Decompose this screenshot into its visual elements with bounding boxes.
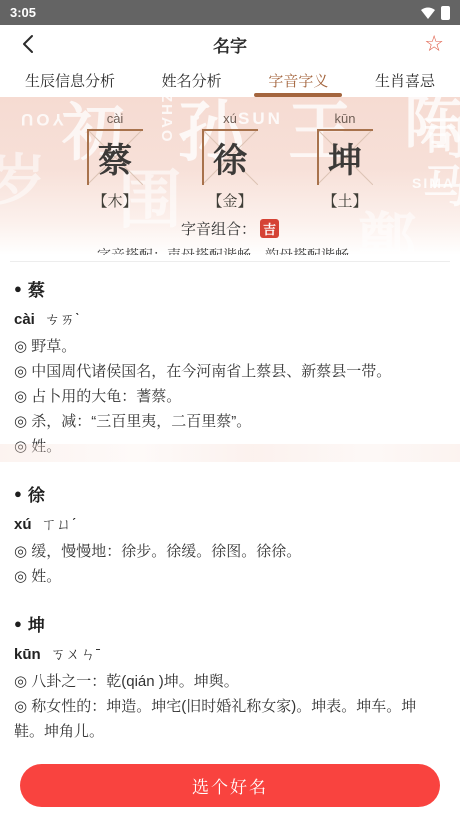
tab-zodiac-preferences[interactable]: 生肖喜忌 — [375, 63, 435, 97]
card-pinyin: kūn — [335, 111, 356, 128]
section-pronunciation: xúㄒㄩˊ — [14, 513, 446, 534]
watermark-text: 岁 — [0, 137, 46, 217]
name-card-given-1: xú 徐 【金】 — [173, 111, 288, 211]
card-element-wuxing: 【金】 — [207, 190, 252, 211]
character-grid: 徐 — [202, 129, 258, 185]
definition-line: ◎ 占卜用的大龟：蓍蔡。 — [14, 384, 446, 409]
pinyin: cài — [14, 311, 35, 328]
zhuyin: ㄎㄨㄣˉ — [51, 646, 101, 663]
zhuyin: ㄘㄞˋ — [45, 311, 80, 328]
card-pinyin: cài — [107, 111, 124, 128]
section-header: ● 坤 — [14, 611, 446, 636]
phonetic-match-text: 字音搭配：声母搭配谐畅。韵母搭配谐畅。 — [0, 245, 460, 255]
tab-name-analysis[interactable]: 姓名分析 — [162, 63, 222, 97]
dict-section-kun: ● 坤 kūnㄎㄨㄣˉ ◎ 八卦之一：乾(qián )坤。坤舆。 ◎ 称女性的：… — [14, 611, 446, 744]
name-card-surname: cài 蔡 【木】 — [58, 111, 173, 211]
card-pinyin: xú — [223, 111, 237, 128]
status-time: 3:05 — [10, 5, 36, 20]
card-character: 蔡 — [87, 129, 143, 185]
definition-line: ◎ 称女性的：坤造。坤宅(旧时婚礼称女家)。坤表。坤车。坤鞋。坤角儿。 — [14, 694, 446, 744]
pinyin: xú — [14, 516, 32, 533]
card-character: 徐 — [202, 129, 258, 185]
section-header: ● 徐 — [14, 481, 446, 506]
favorite-star-icon[interactable]: ☆ — [424, 33, 444, 55]
definition-line: ◎ 姓。 — [14, 564, 446, 589]
section-character: 蔡 — [28, 276, 45, 301]
definition-line: ◎ 中国周代诸侯国名，在今河南省上蔡县、新蔡县一带。 — [14, 359, 446, 384]
dict-section-cai: ● 蔡 càiㄘㄞˋ ◎ 野草。 ◎ 中国周代诸侯国名，在今河南省上蔡县、新蔡县… — [14, 276, 446, 459]
back-button[interactable] — [16, 32, 40, 56]
tab-bar: 生辰信息分析 姓名分析 字音字义 生肖喜忌 — [0, 63, 460, 97]
dictionary-content: ● 蔡 càiㄘㄞˋ ◎ 野草。 ◎ 中国周代诸侯国名，在今河南省上蔡县、新蔡县… — [0, 262, 460, 744]
definition-line: ◎ 杀，减：“三百里夷，二百里蔡”。 — [14, 409, 446, 434]
zhuyin: ㄒㄩˊ — [42, 516, 77, 533]
bullet-icon: ● — [14, 486, 22, 501]
pinyin: kūn — [14, 646, 41, 663]
card-element-wuxing: 【木】 — [92, 190, 137, 211]
pick-good-name-button[interactable]: 选个好名 — [20, 764, 440, 807]
status-bar: 3:05 — [0, 0, 460, 25]
bullet-icon: ● — [14, 616, 22, 631]
section-character: 徐 — [28, 481, 45, 506]
name-cards-row: cài 蔡 【木】 xú — [58, 97, 403, 211]
definition-line: ◎ 八卦之一：乾(qián )坤。坤舆。 — [14, 669, 446, 694]
card-character: 坤 — [317, 129, 373, 185]
definition-line: ◎ 缓，慢慢地：徐步。徐缓。徐图。徐徐。 — [14, 539, 446, 564]
character-grid: 蔡 — [87, 129, 143, 185]
auspicious-badge: 吉 — [260, 219, 279, 238]
watermark-text: SIMA — [412, 175, 455, 191]
section-pronunciation: kūnㄎㄨㄣˉ — [14, 643, 446, 664]
tab-phonetics-meaning[interactable]: 字音字义 — [268, 63, 328, 97]
watermark-text: 司马 — [408, 115, 460, 211]
tab-birth-info-analysis[interactable]: 生辰信息分析 — [25, 63, 115, 97]
dict-section-xu: ● 徐 xúㄒㄩˊ ◎ 缓，慢慢地：徐步。徐缓。徐图。徐徐。 ◎ 姓。 — [14, 481, 446, 589]
definition-line: ◎ 野草。 — [14, 334, 446, 359]
phonetic-combo-row: 字音组合： 吉 — [0, 218, 460, 239]
name-card-given-2: kūn 坤 【土】 — [288, 111, 403, 211]
name-overview-band: YOU 初 ZHAO 孙 SUN 王 陈 司马 SIMA 围 岁 鄭 cài 蔡 — [0, 97, 460, 255]
character-grid: 坤 — [317, 129, 373, 185]
battery-icon — [441, 6, 450, 20]
wifi-icon — [420, 6, 436, 20]
bullet-icon: ● — [14, 281, 22, 296]
card-element-wuxing: 【土】 — [322, 190, 367, 211]
app-screen: 3:05 名字 ☆ 生辰信息分析 姓名分析 字音字义 生肖喜忌 YOU 初 ZH… — [0, 0, 460, 818]
definition-line: ◎ 姓。 — [14, 434, 446, 459]
section-character: 坤 — [28, 611, 45, 636]
header: 名字 ☆ — [0, 25, 460, 63]
page-title: 名字 — [0, 32, 460, 57]
phonetic-combo-label: 字音组合： — [181, 218, 256, 239]
watermark-text: 陈 — [404, 97, 460, 159]
section-pronunciation: càiㄘㄞˋ — [14, 308, 446, 329]
section-header: ● 蔡 — [14, 276, 446, 301]
status-icons — [420, 6, 450, 20]
